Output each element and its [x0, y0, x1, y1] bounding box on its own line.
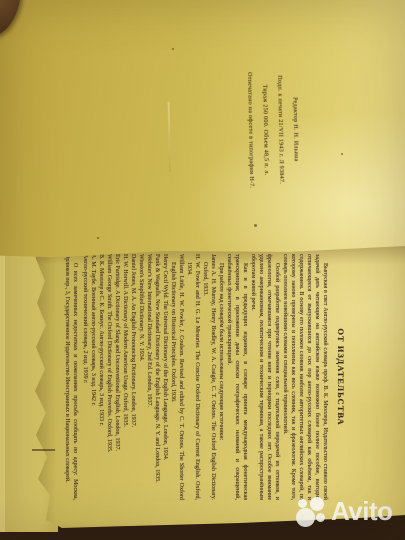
- colophon-page: Редактор Н. Н. ИльинаПодп. к печати 21/V…: [0, 0, 405, 260]
- paper-speck: [172, 48, 174, 50]
- body-text: ОТ ИЗДАТЕЛЬСТВА Выпуская в свет Англо-ру…: [46, 254, 346, 500]
- colophon-line: Отпечатано на офсете в типографии Н-7.: [241, 64, 259, 196]
- bibliography-entry: H. W. Fowler and H. G. Le Mesurier. The …: [185, 254, 201, 500]
- colophon-line: Редактор Н. Н. Ильина: [286, 63, 304, 195]
- paragraph: Выпуская в свет Англо-русский словарь пр…: [281, 254, 329, 500]
- paper-speck: [341, 153, 343, 155]
- paragraph: Как и в предыдущих изданиях, в словаре п…: [225, 254, 249, 500]
- bibliography-entry: Henry Cecil Wyld. The Universal Dictiona…: [161, 254, 169, 500]
- bibliography: James A. H. Murray, Henry Bradley, W. A.…: [81, 254, 217, 500]
- bibliography-entry: James A. H. Murray, Henry Bradley, W. A.…: [201, 254, 217, 500]
- end-rule: [32, 449, 55, 451]
- paragraph: Особой разработке подверглись значения с…: [249, 254, 281, 500]
- bibliography-entry: William Little, H. W. Fowler, J. Coulson…: [169, 254, 185, 500]
- colophon-line: Подп. к печати 21/VII 1943 г. Л 93847.: [271, 64, 289, 196]
- bibliography-entry: Funk & Wagnalls. New Standard Dictionary…: [153, 254, 161, 500]
- page-heading: ОТ ИЗДАТЕЛЬСТВА: [337, 254, 345, 500]
- paper-speck: [97, 237, 99, 239]
- watermark-text: Avito: [331, 496, 393, 526]
- bibliography-entry: Daniel Jones, M. A. An English Pronounci…: [129, 254, 137, 500]
- paper-crease: [168, 102, 171, 172]
- closing-paragraph: О всех замеченных недостатках и пожелани…: [63, 254, 79, 500]
- avito-watermark: Avito: [293, 495, 405, 533]
- bibliography-entry: William George Smith. The Oxford Diction…: [105, 254, 113, 500]
- note-paragraphs: Выпуская в свет Англо-русский словарь пр…: [217, 254, 329, 500]
- colophon-block: Редактор Н. Н. ИльинаПодп. к печати 21/V…: [241, 63, 304, 196]
- bibliography-entry: Webster's New International Dictionary, …: [145, 254, 153, 500]
- bibliography-entry: Англо-русский технический словарь, 2 изд…: [81, 254, 89, 500]
- photo: ОТ ИЗДАТЕЛЬСТВА Выпуская в свет Англо-ру…: [0, 0, 405, 540]
- bibliography-entry: Eric Partridge. A Dictionary of Slang an…: [113, 254, 121, 500]
- paragraph: При работе над словарём были использован…: [217, 254, 225, 500]
- bibliography-entry: А. М. Таубе. Военный англо-русский слова…: [89, 254, 97, 500]
- bibliography-entry: H. W. Horwill. A Dictionary of Modern Am…: [121, 254, 129, 500]
- paper-speck: [254, 224, 257, 227]
- bibliography-entry: Winston's Simplified Dictionary. N. Y. 1…: [137, 254, 145, 500]
- bibliography-entry: В. К. Мюллер и С. К. Боянус. Англо-русск…: [97, 254, 105, 500]
